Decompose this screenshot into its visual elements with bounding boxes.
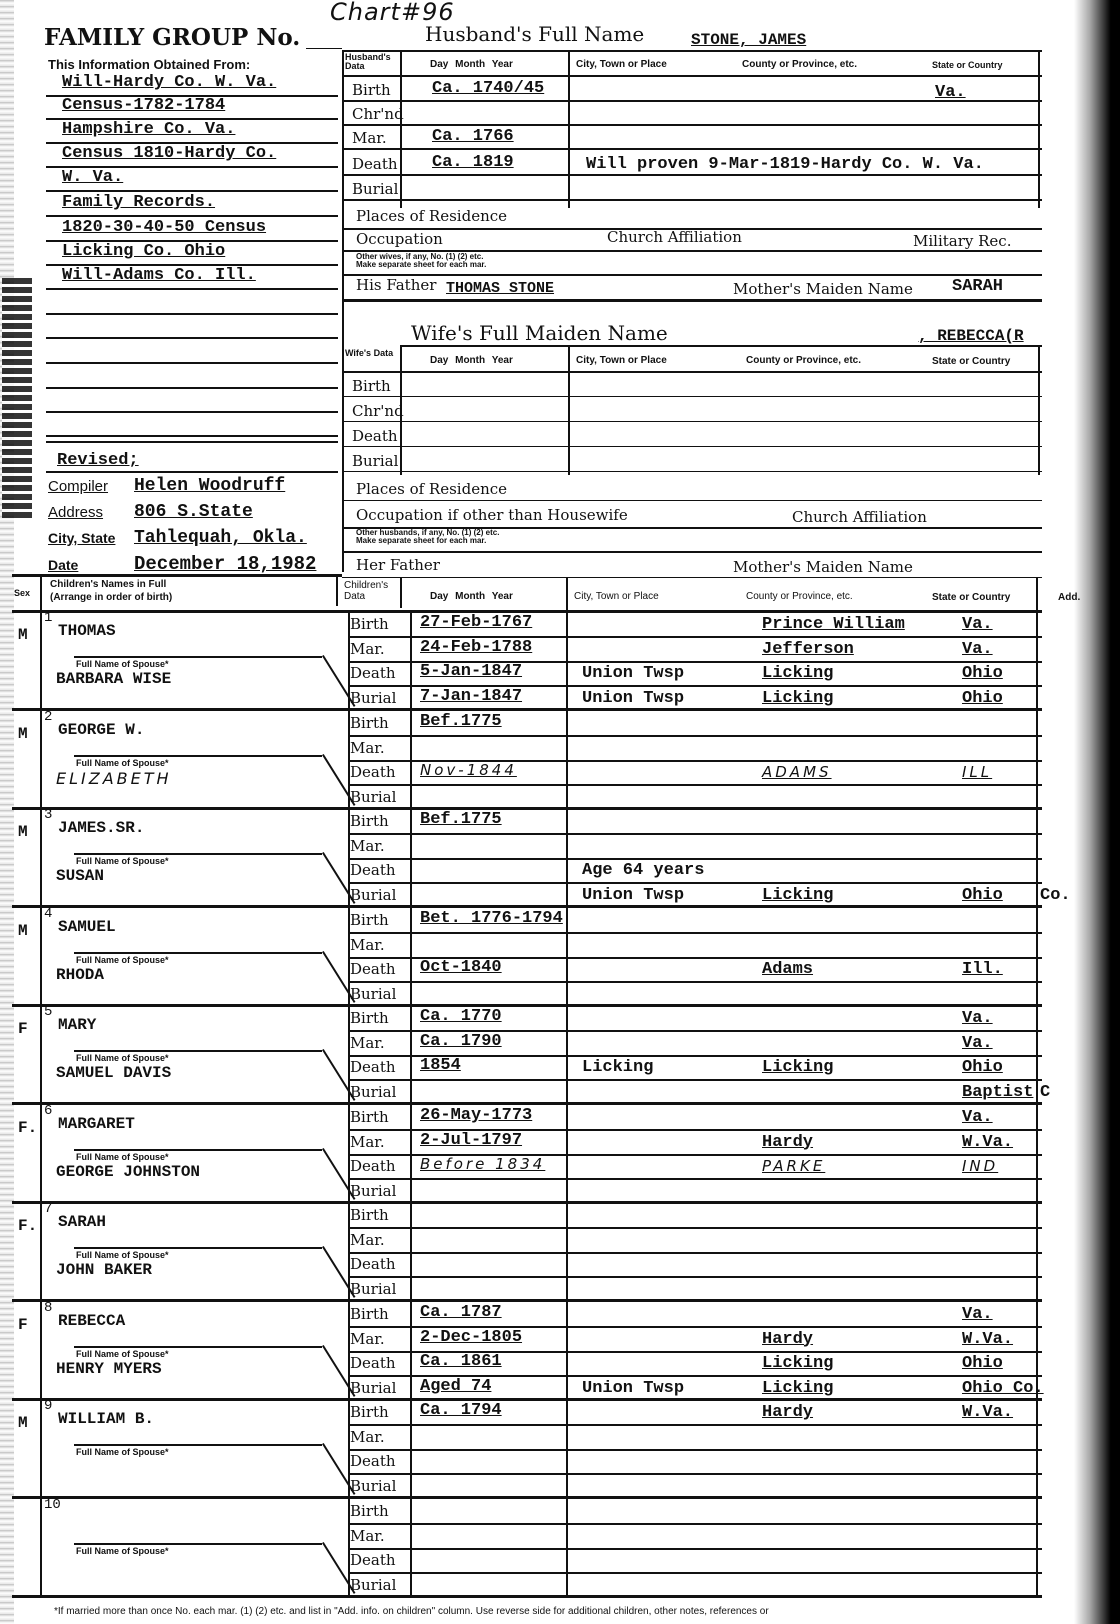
compiler-value: Helen Woodruff	[134, 476, 285, 496]
rule	[400, 345, 1042, 347]
child-event-date: Bef.1775	[420, 810, 502, 829]
child-number: 3	[44, 807, 52, 823]
husband-name: STONE, JAMES	[691, 31, 806, 49]
spouse-label: Full Name of Spouse*	[76, 1546, 169, 1556]
other-wives-note-2: Make separate sheet for each mar.	[356, 261, 486, 269]
child-event-county: Licking	[762, 1058, 833, 1077]
husband-event-date: Ca. 1766	[432, 127, 514, 146]
rule	[46, 441, 338, 443]
husband-event-label: Chr'nd	[352, 105, 404, 123]
date-label: Date	[48, 557, 78, 573]
wife-church-label: Church Affiliation	[792, 508, 927, 526]
rule	[12, 1102, 1042, 1105]
spouse-rule	[74, 1050, 322, 1052]
rule	[568, 345, 570, 475]
child-sex: M	[18, 725, 28, 743]
child-event-label: Birth	[350, 1403, 389, 1421]
children-hdr-city: City, Town or Place	[574, 591, 659, 602]
source-line: W. Va.	[62, 168, 123, 187]
child-event-county: Adams	[762, 960, 813, 979]
child-event-date: 1854	[420, 1056, 461, 1075]
child-name: SAMUEL	[58, 918, 116, 936]
rule	[400, 578, 402, 608]
husband-occupation-label: Occupation	[356, 230, 443, 248]
rule	[12, 905, 1042, 908]
rule	[46, 387, 338, 389]
rule	[348, 735, 1042, 737]
rule	[342, 471, 1042, 472]
wife-residence-label: Places of Residence	[356, 480, 507, 498]
child-event-label: Burial	[350, 788, 396, 806]
child-event-state: Ohio Co.	[962, 1379, 1044, 1398]
child-event-label: Mar.	[350, 1428, 385, 1446]
child-event-state: W.Va.	[962, 1330, 1013, 1349]
rule	[46, 362, 338, 364]
child-event-label: Burial	[350, 886, 396, 904]
spouse-label: Full Name of Spouse*	[76, 1349, 169, 1359]
rule	[348, 1276, 1042, 1278]
source-line: 1820-30-40-50 Census	[62, 218, 266, 237]
husband-event-label: Birth	[352, 81, 391, 99]
wife-name-label: Wife's Full Maiden Name	[411, 321, 668, 345]
source-line: Will-Adams Co. Ill.	[62, 266, 256, 285]
rule	[12, 1299, 1042, 1302]
rule	[342, 148, 1042, 150]
child-event-place: Licking	[582, 1058, 653, 1077]
child-event-label: Birth	[350, 714, 389, 732]
rule	[348, 784, 1042, 786]
child-event-date: 24-Feb-1788	[420, 638, 532, 657]
sources-label: This Information Obtained From:	[48, 57, 250, 72]
child-sex: F	[18, 1316, 28, 1334]
child-sex: M	[18, 626, 28, 644]
child-name: JAMES.SR.	[58, 819, 144, 837]
child-event-date: Nov-1844	[420, 761, 517, 779]
child-event-date: Oct-1840	[420, 958, 502, 977]
source-line: Licking Co. Ohio	[62, 242, 225, 261]
child-event-label: Mar.	[350, 936, 385, 954]
child-event-add: Co.	[1040, 886, 1071, 905]
his-mother-value: SARAH	[952, 277, 1003, 296]
wife-hdr-state: State or Country	[932, 356, 1010, 367]
spouse-name: RHODA	[56, 966, 104, 984]
date-value: December 18,1982	[134, 553, 316, 575]
child-event-state: Va.	[962, 1305, 993, 1324]
family-group-label: FAMILY GROUP No.	[44, 24, 300, 51]
rule	[12, 708, 1042, 711]
rule	[12, 1496, 1042, 1499]
child-name: MARY	[58, 1016, 96, 1034]
child-sex: M	[18, 823, 28, 841]
child-event-state: IND	[962, 1157, 998, 1175]
child-event-label: Death	[350, 1354, 396, 1372]
rule	[46, 313, 338, 315]
footer-note: *If married more than once No. each mar.…	[54, 1606, 769, 1617]
child-event-date: Bet. 1776-1794	[420, 909, 563, 928]
other-husbands-note-2: Make separate sheet for each mar.	[356, 537, 486, 545]
his-father-value: THOMAS STONE	[446, 280, 554, 297]
rule	[12, 574, 342, 577]
rule	[46, 142, 338, 144]
rule	[342, 551, 1042, 553]
child-event-state: Ohio	[962, 664, 1003, 683]
child-event-add: C	[1040, 1083, 1050, 1102]
child-event-state: Va.	[962, 1108, 993, 1127]
child-number: 10	[44, 1497, 61, 1513]
rule	[566, 578, 568, 1596]
husband-event-date: Ca. 1819	[432, 153, 514, 172]
child-event-label: Birth	[350, 812, 389, 830]
wife-occupation-label: Occupation if other than Housewife	[356, 506, 628, 524]
children-hdr-dmy: Day Month Year	[430, 591, 513, 602]
husband-event-label: Burial	[352, 180, 398, 198]
child-number: 8	[44, 1300, 52, 1316]
child-event-state: Ill.	[962, 960, 1003, 979]
margin-stamp	[2, 278, 32, 518]
rule	[342, 299, 1042, 302]
child-event-date: Ca. 1794	[420, 1401, 502, 1420]
child-event-date: Aged 74	[420, 1377, 491, 1396]
husband-name-label: Husband's Full Name	[425, 22, 644, 46]
child-event-place: Union Twsp	[582, 886, 684, 905]
husband-residence-label: Places of Residence	[356, 207, 507, 225]
rule	[12, 1595, 1042, 1598]
rule	[342, 50, 1042, 52]
rule	[40, 576, 42, 1596]
child-event-label: Death	[350, 861, 396, 879]
child-event-label: Death	[350, 960, 396, 978]
child-event-label: Mar.	[350, 1231, 385, 1249]
rule	[342, 199, 1042, 201]
child-event-date: Ca. 1770	[420, 1007, 502, 1026]
rule	[342, 124, 1042, 126]
child-event-label: Burial	[350, 1576, 396, 1594]
wife-event-label: Death	[352, 427, 398, 445]
spouse-label: Full Name of Spouse*	[76, 1152, 169, 1162]
sex-header: Sex	[14, 588, 30, 598]
spouse-name: BARBARA WISE	[56, 670, 171, 688]
rule	[348, 1252, 1042, 1254]
child-event-label: Burial	[350, 1280, 396, 1298]
child-event-county: PARKE	[762, 1157, 825, 1175]
rule	[1038, 345, 1040, 475]
child-event-label: Birth	[350, 1009, 389, 1027]
rule	[46, 95, 338, 97]
child-event-label: Death	[350, 1157, 396, 1175]
child-event-label: Burial	[350, 985, 396, 1003]
source-line: Will-Hardy Co. W. Va.	[62, 73, 276, 92]
family-group-number-line	[306, 48, 342, 49]
child-event-county: Licking	[762, 689, 833, 708]
child-event-label: Burial	[350, 1083, 396, 1101]
his-father-label: His Father	[356, 276, 436, 294]
rule	[348, 1473, 1042, 1475]
child-event-county: Prince William	[762, 615, 905, 634]
husband-event-label: Death	[352, 155, 398, 173]
spouse-name: GEORGE JOHNSTON	[56, 1163, 200, 1181]
child-event-label: Mar.	[350, 1133, 385, 1151]
hdr-dmy: Day Month Year	[430, 59, 513, 70]
compiler-label: Compiler	[48, 478, 108, 495]
spouse-rule	[74, 952, 322, 954]
wife-event-label: Birth	[352, 377, 391, 395]
child-event-county: Licking	[762, 886, 833, 905]
spouse-rule	[74, 1247, 322, 1249]
child-event-state: Va.	[962, 640, 993, 659]
child-name: MARGARET	[58, 1115, 135, 1133]
child-event-county: Licking	[762, 1354, 833, 1373]
wife-event-label: Burial	[352, 452, 398, 470]
city-state-value: Tahlequah, Okla.	[134, 528, 307, 548]
spouse-rule	[74, 1149, 322, 1151]
spouse-rule	[74, 1444, 322, 1446]
child-event-state: Baptist	[962, 1083, 1033, 1102]
rule	[12, 1201, 1042, 1204]
rule	[342, 100, 1042, 102]
husband-church-label: Church Affiliation	[607, 228, 742, 246]
rule	[46, 288, 338, 290]
child-event-label: Death	[350, 1551, 396, 1569]
husband-data-header: Husband's Data	[345, 53, 399, 71]
child-event-place: Union Twsp	[582, 664, 684, 683]
her-mother-label: Mother's Maiden Name	[733, 558, 913, 576]
wife-event-label: Chr'nd	[352, 402, 404, 420]
rule	[568, 50, 570, 208]
rule	[348, 1572, 1042, 1574]
child-event-label: Death	[350, 1452, 396, 1470]
child-event-state: Va.	[962, 615, 993, 634]
child-event-date: Before 1834	[420, 1155, 545, 1173]
spouse-rule	[74, 1346, 322, 1348]
child-sex: M	[18, 1414, 28, 1432]
children-data-header: Children's Data	[344, 580, 398, 602]
rule	[348, 1424, 1042, 1426]
rule	[336, 576, 338, 606]
rule	[400, 50, 402, 208]
husband-military-label: Military Rec.	[913, 232, 1011, 250]
rule	[46, 471, 338, 473]
spouse-rule	[74, 755, 322, 757]
child-event-county: Hardy	[762, 1133, 813, 1152]
rule	[342, 75, 1042, 77]
child-number: 9	[44, 1398, 52, 1414]
spouse-rule	[74, 1543, 322, 1545]
spouse-rule	[74, 656, 322, 658]
city-state-label: City, State	[48, 530, 115, 546]
child-event-place: Union Twsp	[582, 1379, 684, 1398]
spouse-name: ELIZABETH	[56, 769, 172, 788]
child-event-label: Birth	[350, 1305, 389, 1323]
rule	[46, 166, 338, 168]
spouse-label: Full Name of Spouse*	[76, 955, 169, 965]
rule	[342, 500, 1042, 501]
child-event-label: Death	[350, 664, 396, 682]
rule	[342, 577, 1042, 578]
child-event-label: Birth	[350, 1108, 389, 1126]
child-name: SARAH	[58, 1213, 106, 1231]
husband-event-date: Ca. 1740/45	[432, 79, 544, 98]
child-event-county: Licking	[762, 664, 833, 683]
rule	[12, 1004, 1042, 1007]
source-line: Census-1782-1784	[62, 96, 225, 115]
rule	[46, 240, 338, 242]
rule	[342, 421, 1042, 422]
rule	[46, 215, 338, 217]
child-event-date: Ca. 1861	[420, 1352, 502, 1371]
spouse-name: SUSAN	[56, 867, 104, 885]
rule	[46, 337, 338, 339]
rule	[12, 807, 1042, 810]
child-event-state: Va.	[962, 1009, 993, 1028]
child-event-date: Ca. 1790	[420, 1032, 502, 1051]
spouse-name: JOHN BAKER	[56, 1261, 152, 1279]
rule	[348, 932, 1042, 934]
child-event-state: Ohio	[962, 1058, 1003, 1077]
wife-hdr-county: County or Province, etc.	[746, 355, 861, 366]
rule	[342, 446, 1042, 447]
child-event-label: Mar.	[350, 1034, 385, 1052]
child-event-state: Ohio	[962, 1354, 1003, 1373]
child-event-place: Age 64 years	[582, 861, 704, 880]
child-sex: F	[18, 1020, 28, 1038]
child-event-label: Death	[350, 1058, 396, 1076]
spouse-label: Full Name of Spouse*	[76, 856, 169, 866]
source-line: Hampshire Co. Va.	[62, 120, 235, 139]
rule	[46, 435, 338, 437]
rule	[342, 371, 1042, 373]
child-event-label: Death	[350, 1255, 396, 1273]
rule	[46, 411, 338, 413]
rule	[348, 882, 1042, 884]
spouse-label: Full Name of Spouse*	[76, 758, 169, 768]
child-event-state: W.Va.	[962, 1403, 1013, 1422]
child-number: 7	[44, 1201, 52, 1217]
child-event-county: ADAMS	[762, 763, 832, 781]
child-event-state: Va.	[962, 1034, 993, 1053]
rule	[342, 174, 1042, 176]
child-event-label: Mar.	[350, 640, 385, 658]
child-event-label: Burial	[350, 1182, 396, 1200]
child-event-state: ILL	[962, 763, 992, 781]
child-event-date: 7-Jan-1847	[420, 687, 522, 706]
child-number: 4	[44, 906, 52, 922]
rule	[1038, 50, 1040, 208]
children-hdr-state: State or Country	[932, 592, 1010, 603]
rule	[348, 1079, 1042, 1081]
child-event-label: Birth	[350, 911, 389, 929]
child-event-place: Union Twsp	[582, 689, 684, 708]
child-event-label: Burial	[350, 1379, 396, 1397]
spouse-label: Full Name of Spouse*	[76, 1447, 169, 1457]
wife-data-header: Wife's Data	[345, 349, 393, 358]
spouse-label: Full Name of Spouse*	[76, 659, 169, 669]
spouse-name: HENRY MYERS	[56, 1360, 162, 1378]
scan-noise-left	[0, 0, 14, 1624]
his-mother-label: Mother's Maiden Name	[733, 280, 913, 298]
child-sex: F.	[18, 1217, 37, 1235]
child-event-date: 26-May-1773	[420, 1106, 532, 1125]
wife-hdr-city: City, Town or Place	[576, 355, 667, 366]
child-name: REBECCA	[58, 1312, 125, 1330]
husband-event-place: Will proven 9-Mar-1819-Hardy Co. W. Va.	[586, 155, 984, 174]
revised-label: Revised;	[57, 451, 139, 470]
husband-event-label: Mar.	[352, 129, 387, 147]
spouse-name: SAMUEL DAVIS	[56, 1064, 171, 1082]
scan-shadow-right	[1074, 0, 1120, 1624]
child-number: 6	[44, 1103, 52, 1119]
child-sex: F.	[18, 1119, 37, 1137]
rule	[342, 50, 344, 572]
child-event-label: Birth	[350, 615, 389, 633]
rule	[348, 858, 1042, 860]
child-event-date: Bef.1775	[420, 712, 502, 731]
child-event-date: Ca. 1787	[420, 1303, 502, 1322]
child-event-label: Burial	[350, 1477, 396, 1495]
rule	[348, 1227, 1042, 1229]
child-event-state: Ohio	[962, 689, 1003, 708]
child-event-label: Birth	[350, 1502, 389, 1520]
rule	[46, 118, 338, 120]
children-hdr-county: County or Province, etc.	[746, 591, 853, 602]
rule	[348, 1449, 1042, 1451]
spouse-label: Full Name of Spouse*	[76, 1053, 169, 1063]
child-event-county: Hardy	[762, 1330, 813, 1349]
children-names-header-1: Children's Names in Full	[50, 579, 166, 590]
wife-name-value: , REBECCA(R	[918, 327, 1024, 345]
child-event-state: W.Va.	[962, 1133, 1013, 1152]
rule	[348, 1523, 1042, 1525]
source-line: Census 1810-Hardy Co.	[62, 144, 276, 163]
child-event-label: Mar.	[350, 837, 385, 855]
rule	[348, 981, 1042, 983]
child-number: 5	[44, 1004, 52, 1020]
rule	[342, 274, 1042, 276]
child-name: GEORGE W.	[58, 721, 144, 739]
child-event-state: Ohio	[962, 886, 1003, 905]
rule	[342, 396, 1042, 397]
rule	[348, 1178, 1042, 1180]
child-event-date: 5-Jan-1847	[420, 662, 522, 681]
spouse-label: Full Name of Spouse*	[76, 1250, 169, 1260]
child-event-label: Burial	[350, 689, 396, 707]
child-event-date: 27-Feb-1767	[420, 613, 532, 632]
hdr-county: County or Province, etc.	[742, 59, 857, 70]
children-names-header-2: (Arrange in order of birth)	[50, 592, 172, 603]
child-event-label: Mar.	[350, 1527, 385, 1545]
child-event-county: Jefferson	[762, 640, 854, 659]
child-name: WILLIAM B.	[58, 1410, 154, 1428]
hdr-state: State or Country	[932, 60, 1003, 70]
child-name: THOMAS	[58, 622, 116, 640]
address-value: 806 S.State	[134, 502, 253, 522]
rule	[46, 264, 338, 266]
child-event-label: Mar.	[350, 1330, 385, 1348]
hdr-city: City, Town or Place	[576, 59, 667, 70]
source-line: Family Records.	[62, 193, 215, 212]
child-event-label: Death	[350, 763, 396, 781]
rule	[348, 833, 1042, 835]
her-father-label: Her Father	[356, 556, 440, 574]
child-number: 1	[44, 610, 52, 626]
child-event-date: 2-Dec-1805	[420, 1328, 522, 1347]
rule	[348, 1548, 1042, 1550]
rule	[12, 1398, 1042, 1401]
child-event-label: Mar.	[350, 739, 385, 757]
child-event-label: Birth	[350, 1206, 389, 1224]
address-label: Address	[48, 504, 103, 521]
child-event-county: Licking	[762, 1379, 833, 1398]
child-event-date: 2-Jul-1797	[420, 1131, 522, 1150]
